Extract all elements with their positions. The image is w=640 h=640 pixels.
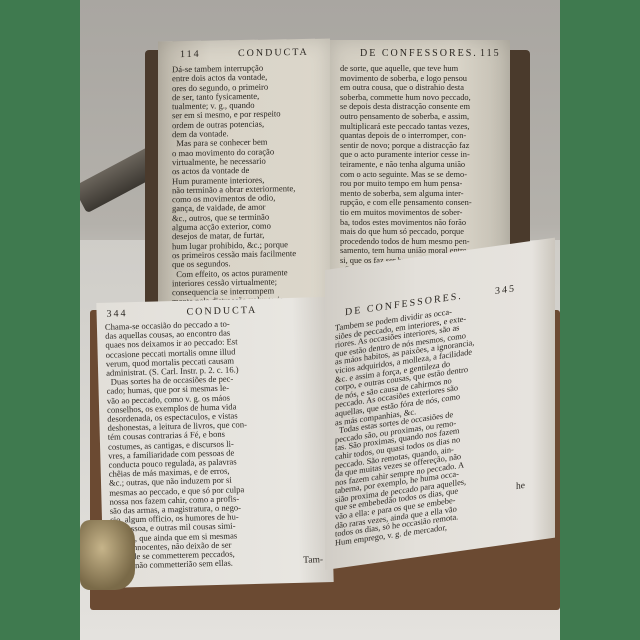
running-header: DE CONFESSORES. [360,48,478,60]
catchword: Tam- [303,554,323,567]
front-book-right-page: DE CONFESSORES. 345 Tambem se podem divi… [325,238,555,570]
page-number: 114 [180,49,201,62]
book-photo: 114 CONDUCTA Dá-se tambem interrupção en… [80,0,560,640]
catchword: he [516,480,525,493]
page-body: Tambem se podem dividir as occa- siões d… [335,305,474,548]
front-book: 344 CONDUCTA Chama-se occasião do peccad… [80,270,560,610]
left-frame-bar [0,0,80,640]
right-frame-bar [560,0,640,640]
running-header: CONDUCTA [238,47,309,60]
running-header: CONDUCTA [186,305,257,319]
page-number: 344 [106,308,127,321]
page-number: 115 [480,48,501,60]
page-number: 345 [495,283,516,298]
brass-hand-bookend [80,520,135,590]
